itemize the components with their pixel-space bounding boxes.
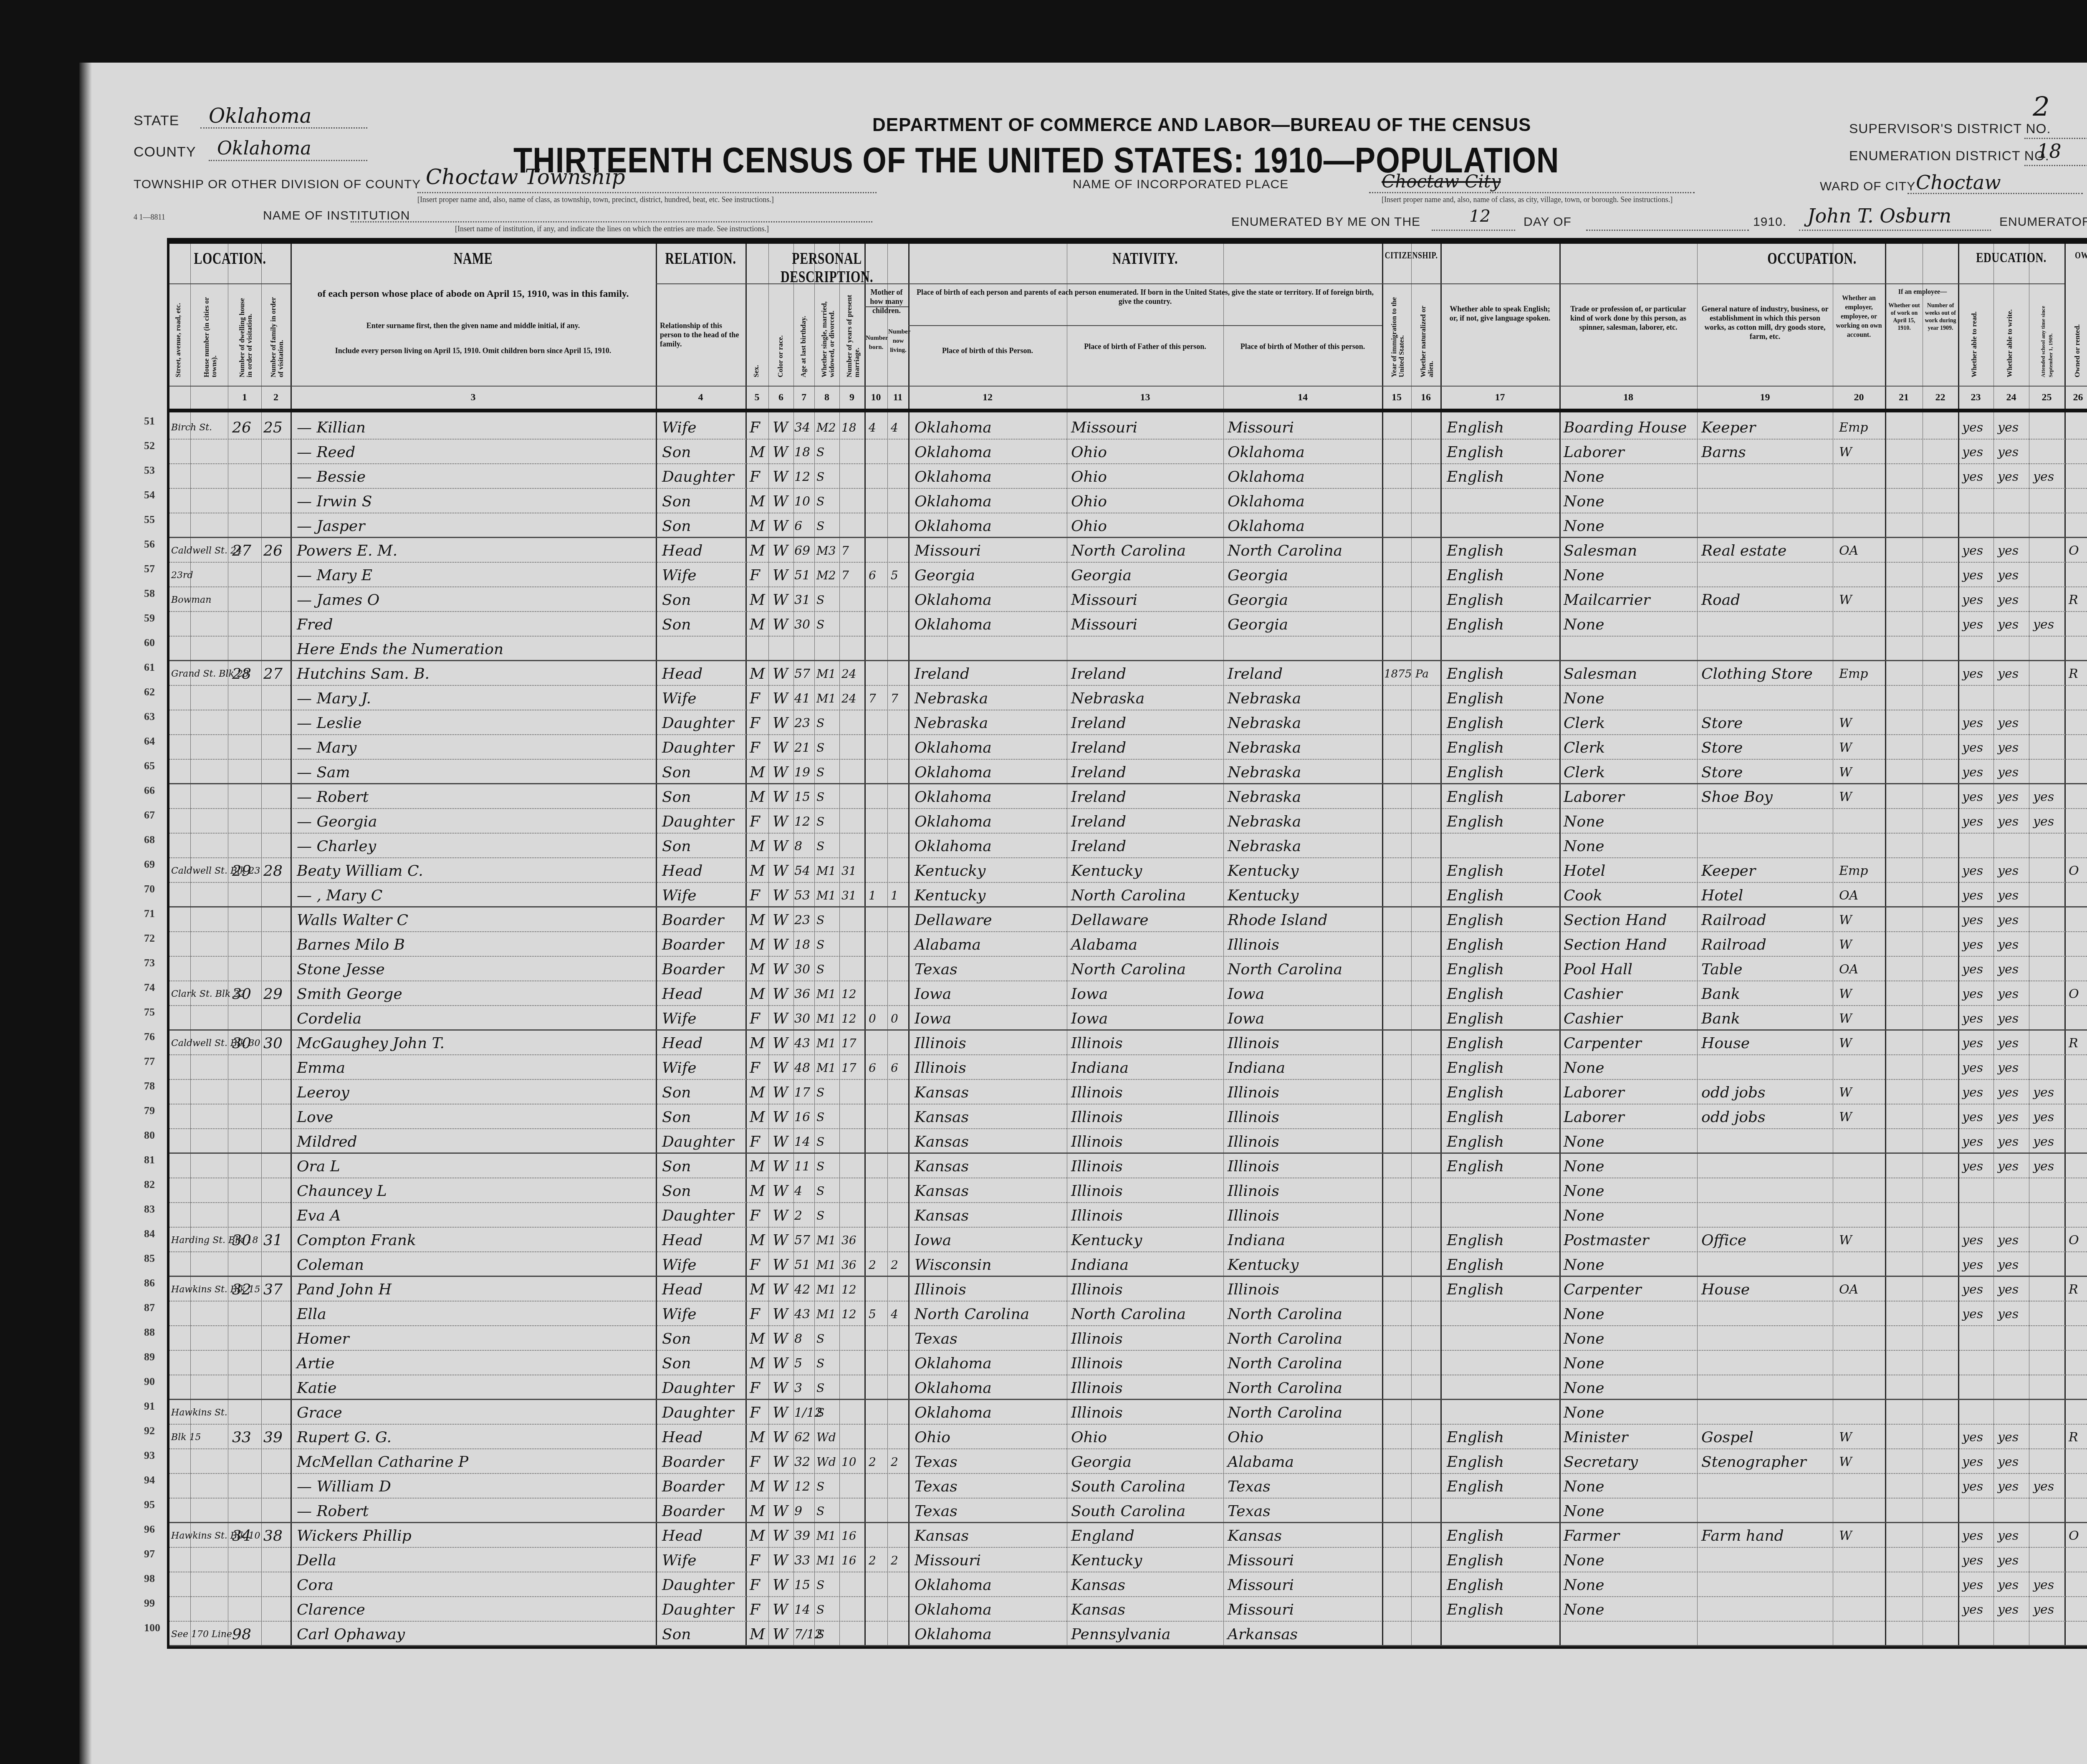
table-row: Harding St. Blk 183031Compton FrankHeadM… — [169, 1228, 2087, 1252]
cell-write: yes — [1998, 1082, 2019, 1103]
line-number-left: 79 — [144, 1104, 155, 1117]
cell-mother: Kentucky — [1228, 885, 1299, 906]
cell-marital: S — [816, 1107, 824, 1128]
cell-age: 33 — [794, 1550, 810, 1571]
cell-relation: Boarder — [662, 1476, 724, 1497]
line-number-left: 53 — [144, 464, 155, 477]
cell-marital: S — [816, 935, 824, 955]
cell-street: Birch St. — [171, 417, 212, 438]
cell-father: Alabama — [1071, 935, 1137, 955]
cell-name: Powers E. M. — [297, 541, 397, 561]
cell-name: Hutchins Sam. B. — [297, 664, 430, 685]
cell-father: South Carolina — [1071, 1476, 1185, 1497]
cell-lang: English — [1447, 885, 1504, 906]
cell-mother: Georgia — [1228, 590, 1288, 611]
cell-birth: Missouri — [915, 1550, 981, 1571]
cell-family: 37 — [263, 1279, 283, 1300]
cell-sex: M — [750, 1353, 765, 1374]
cell-living: 0 — [891, 1008, 898, 1029]
cell-school: yes — [2033, 787, 2054, 808]
cell-marital: M1 — [816, 1008, 836, 1029]
cell-color: W — [773, 1205, 788, 1226]
cell-color: W — [773, 1230, 788, 1251]
cell-years: 16 — [841, 1550, 857, 1571]
cell-name: Beaty William C. — [297, 861, 423, 882]
cell-father: Kentucky — [1071, 1230, 1142, 1251]
cell-age: 19 — [794, 762, 810, 783]
cell-lang: English — [1447, 1427, 1504, 1448]
cell-name: — Sam — [297, 762, 350, 783]
cell-name: Here Ends the Numeration — [297, 639, 503, 660]
cell-marital: M1 — [816, 1526, 836, 1547]
cell-lang: English — [1447, 1033, 1504, 1054]
supervisor-label: Supervisor's District No. — [1849, 121, 2051, 136]
cell-born: 7 — [869, 688, 876, 709]
cell-father: Illinois — [1071, 1132, 1123, 1152]
cell-relation: Son — [662, 442, 691, 463]
cell-trade: Section Hand — [1564, 935, 1667, 955]
cell-trade: None — [1564, 1550, 1604, 1571]
cell-color: W — [773, 935, 788, 955]
cell-dwelling: 27 — [232, 541, 251, 561]
cell-name: Mildred — [297, 1132, 357, 1152]
institution-label: Name of institution — [263, 209, 410, 223]
cell-born: 5 — [869, 1304, 876, 1325]
cell-age: 18 — [794, 442, 810, 463]
cell-marital: M1 — [816, 1304, 836, 1325]
cell-name: Della — [297, 1550, 336, 1571]
cell-born: 4 — [869, 417, 876, 438]
cell-trade: None — [1564, 1329, 1604, 1350]
cell-school: yes — [2033, 811, 2054, 832]
cell-age: 18 — [794, 935, 810, 955]
table-row: FredSonMW30SOklahomaMissouriGeorgiaEngli… — [169, 612, 2087, 637]
cell-name: Eva A — [297, 1205, 341, 1226]
cell-color: W — [773, 1058, 788, 1079]
col-number: 22 — [1923, 392, 1958, 403]
cell-birth: Kansas — [915, 1181, 969, 1202]
cell-color: W — [773, 516, 788, 537]
table-row: KatieDaughterFW3SOklahomaIllinoisNorth C… — [169, 1375, 2087, 1400]
cell-sex: F — [750, 417, 760, 438]
cell-lang: English — [1447, 713, 1504, 734]
cell-birth: Ohio — [915, 1427, 950, 1448]
cell-lang: English — [1447, 1255, 1504, 1276]
cell-birth: Kansas — [915, 1156, 969, 1177]
cell-lang: English — [1447, 1082, 1504, 1103]
cell-color: W — [773, 1353, 788, 1374]
cell-write: yes — [1998, 1156, 2019, 1177]
cell-name: McMellan Catharine P — [297, 1452, 468, 1473]
table-row: — GeorgiaDaughterFW12SOklahomaIrelandNeb… — [169, 809, 2087, 834]
cell-born: 0 — [869, 1008, 876, 1029]
cell-mother: Iowa — [1228, 1008, 1264, 1029]
cell-father: Ohio — [1071, 491, 1107, 512]
cell-relation: Head — [662, 984, 702, 1005]
line-number-left: 51 — [144, 415, 155, 427]
cell-father: Ohio — [1071, 516, 1107, 537]
cell-sex: F — [750, 1058, 760, 1079]
col-number: 18 — [1559, 392, 1697, 403]
cell-age: 12 — [794, 1476, 810, 1497]
table-row: Grand St. Blk 232827Hutchins Sam. B.Head… — [169, 661, 2087, 686]
cell-family: 38 — [263, 1526, 283, 1547]
cell-living: 7 — [891, 688, 898, 709]
col-desc-sex: Sex. — [753, 336, 760, 377]
cell-name: — Jasper — [297, 516, 365, 537]
cell-write: yes — [1998, 614, 2019, 635]
cell-father: Kansas — [1071, 1600, 1125, 1620]
cell-trade: Laborer — [1564, 1082, 1625, 1103]
cell-relation: Son — [662, 1107, 691, 1128]
col-desc-read: Whether able to read. — [1971, 290, 1978, 377]
cell-industry: Gospel — [1701, 1427, 1753, 1448]
cell-birth: Kansas — [915, 1082, 969, 1103]
cell-relation: Son — [662, 590, 691, 611]
enumerated-day: 12 — [1469, 207, 1491, 226]
cell-father: England — [1071, 1526, 1134, 1547]
cell-mother: Alabama — [1228, 1452, 1294, 1473]
cell-read: yes — [1962, 417, 1983, 438]
cell-trade: Postmaster — [1564, 1230, 1649, 1251]
col-number: 8 — [814, 392, 839, 403]
cell-birth: Texas — [915, 1476, 958, 1497]
cell-school: yes — [2033, 614, 2054, 635]
cell-color: W — [773, 1255, 788, 1276]
cell-trade: Carpenter — [1564, 1279, 1642, 1300]
table-row: DellaWifeFW33M11622MissouriKentuckyMisso… — [169, 1548, 2087, 1572]
month-underline — [1586, 230, 1749, 231]
cell-write: yes — [1998, 664, 2019, 685]
table-row: 23rd— Mary EWifeFW51M2765GeorgiaGeorgiaG… — [169, 563, 2087, 587]
cell-industry: Farm hand — [1701, 1526, 1784, 1547]
cell-mother: Arkansas — [1228, 1624, 1298, 1645]
col-desc-marital: Whether single, married, widowed, or div… — [821, 290, 836, 377]
cell-mother: Georgia — [1228, 565, 1288, 586]
cell-mother: Illinois — [1228, 1033, 1279, 1054]
cell-age: 16 — [794, 1107, 810, 1128]
cell-father: Nebraska — [1071, 688, 1145, 709]
group-education: EDUCATION. — [1958, 250, 2064, 266]
cell-read: yes — [1962, 1058, 1983, 1079]
cell-read: yes — [1962, 713, 1983, 734]
cell-name: — Mary E — [297, 565, 372, 586]
cell-own: O — [2069, 984, 2079, 1005]
cell-birth: Iowa — [915, 1230, 951, 1251]
table-row: CordeliaWifeFW30M11200IowaIowaIowaEnglis… — [169, 1006, 2087, 1031]
cell-born: 2 — [869, 1550, 876, 1571]
cell-years: 18 — [841, 417, 857, 438]
cell-years: 7 — [841, 541, 849, 561]
line-number-left: 55 — [144, 513, 155, 526]
cell-sex: F — [750, 1452, 760, 1473]
cell-birth: Ireland — [915, 664, 970, 685]
cell-relation: Son — [662, 762, 691, 783]
cell-read: yes — [1962, 787, 1983, 808]
cell-relation: Daughter — [662, 1575, 734, 1596]
cell-color: W — [773, 1329, 788, 1350]
cell-relation: Daughter — [662, 738, 734, 758]
col-number: 25 — [2029, 392, 2064, 403]
cell-lang: English — [1447, 1279, 1504, 1300]
cell-dwelling: 98 — [232, 1624, 251, 1645]
table-row: — Mary J.WifeFW41M12477NebraskaNebraskaN… — [169, 686, 2087, 710]
cell-name: — Leslie — [297, 713, 361, 734]
cell-lang: English — [1447, 565, 1504, 586]
cell-industry: Railroad — [1701, 910, 1766, 931]
cell-marital: M2 — [816, 417, 836, 438]
col-desc-family: Number of family in order of visitation. — [270, 294, 285, 377]
cell-relation: Head — [662, 541, 702, 561]
cell-industry: Keeper — [1701, 861, 1756, 882]
cell-birth: Oklahoma — [915, 1403, 992, 1423]
enumeration-value: 18 — [2037, 140, 2062, 162]
cell-color: W — [773, 885, 788, 906]
cell-name: Artie — [297, 1353, 335, 1374]
cell-trade: Farmer — [1564, 1526, 1620, 1547]
cell-marital: M3 — [816, 541, 836, 561]
cell-age: 41 — [794, 688, 810, 709]
col-number: 1 — [228, 392, 261, 403]
col-desc-relation: Relationship of this person to the head … — [660, 321, 741, 349]
cell-father: Illinois — [1071, 1378, 1123, 1399]
line-number-left: 76 — [144, 1031, 155, 1043]
cell-marital: M1 — [816, 664, 836, 685]
line-number-left: 68 — [144, 834, 155, 846]
cell-sex: F — [750, 1403, 760, 1423]
cell-read: yes — [1962, 1600, 1983, 1620]
cell-sex: M — [750, 491, 765, 512]
cell-write: yes — [1998, 590, 2019, 611]
cell-industry: Bank — [1701, 984, 1740, 1005]
cell-birth: Oklahoma — [915, 442, 992, 463]
table-row: — Irwin SSonMW10SOklahomaOhioOklahomaNon… — [169, 489, 2087, 513]
col-number: 11 — [887, 392, 908, 403]
cell-color: W — [773, 417, 788, 438]
cell-birth: Nebraska — [915, 713, 988, 734]
cell-age: 4 — [794, 1181, 802, 1202]
census-table: LOCATION. NAME RELATION. PERSONAL DESCRI… — [167, 238, 2087, 1649]
col-desc-name-1: of each person whose place of abode on A… — [297, 288, 649, 300]
cell-trade: None — [1564, 565, 1604, 586]
cell-dwelling: 33 — [232, 1427, 251, 1448]
cell-sex: F — [750, 811, 760, 832]
cell-years: 17 — [841, 1033, 857, 1054]
cell-relation: Head — [662, 1230, 702, 1251]
cell-father: Iowa — [1071, 984, 1108, 1005]
cell-color: W — [773, 1033, 788, 1054]
col-desc-years-married: Number of years of present marriage. — [846, 290, 861, 377]
cell-years: 12 — [841, 1008, 857, 1029]
cell-sex: F — [750, 467, 760, 488]
cell-emp: Emp — [1839, 417, 1868, 438]
cell-age: 32 — [794, 1452, 810, 1473]
table-row: HomerSonMW8STexasIllinoisNorth CarolinaN… — [169, 1326, 2087, 1351]
cell-dwelling: 34 — [232, 1526, 251, 1547]
cell-family: 29 — [263, 984, 283, 1005]
cell-birth: Oklahoma — [915, 1353, 992, 1374]
cell-age: 57 — [794, 664, 810, 685]
cell-name: Leeroy — [297, 1082, 349, 1103]
cell-marital: S — [816, 713, 824, 734]
cell-marital: S — [816, 1624, 824, 1645]
cell-mother: Illinois — [1228, 1156, 1279, 1177]
group-ownership: OWNERSHIP OF HOME. — [2064, 250, 2087, 261]
cell-age: 17 — [794, 1082, 810, 1103]
col-desc-if-employee: If an employee— — [1887, 288, 1958, 297]
table-row: Hawkins St. Blk 153237Pand John HHeadMW4… — [169, 1277, 2087, 1302]
cell-sex: M — [750, 1624, 765, 1645]
cell-street: 23rd — [171, 565, 193, 586]
cell-mother: Illinois — [1228, 1205, 1279, 1226]
cell-father: Illinois — [1071, 1033, 1123, 1054]
incorporated-label: Name of incorporated place — [1073, 177, 1289, 192]
cell-marital: S — [816, 1205, 824, 1226]
cell-sex: F — [750, 1575, 760, 1596]
cell-sex: M — [750, 1181, 765, 1202]
table-row: ArtieSonMW5SOklahomaIllinoisNorth Caroli… — [169, 1351, 2087, 1375]
col-desc-dwelling: Number of dwelling house in order of vis… — [238, 294, 253, 377]
cell-street: See 170 Line — [171, 1624, 232, 1645]
cell-trade: Hotel — [1564, 861, 1605, 882]
cell-read: yes — [1962, 762, 1983, 783]
header-divider — [169, 409, 2087, 412]
county-underline — [209, 160, 367, 161]
cell-industry: Road — [1701, 590, 1740, 611]
cell-lang: English — [1447, 590, 1504, 611]
cell-years: 17 — [841, 1058, 857, 1079]
cell-birth: Nebraska — [915, 688, 988, 709]
table-row: — RobertBoarderMW9STexasSouth CarolinaTe… — [169, 1499, 2087, 1523]
cell-age: 8 — [794, 1329, 802, 1350]
cell-sex: M — [750, 910, 765, 931]
cell-name: — Killian — [297, 417, 366, 438]
cell-mother: Texas — [1228, 1501, 1271, 1522]
cell-industry: Store — [1701, 738, 1743, 758]
ward-label: Ward of City — [1820, 179, 1915, 194]
cell-trade: Section Hand — [1564, 910, 1667, 931]
cell-lang: English — [1447, 442, 1504, 463]
table-row: — JasperSonMW6SOklahomaOhioOklahomaNone — [169, 513, 2087, 538]
line-number-left: 89 — [144, 1351, 155, 1363]
table-row: — MaryDaughterFW21SOklahomaIrelandNebras… — [169, 735, 2087, 760]
cell-color: W — [773, 713, 788, 734]
cell-school: yes — [2033, 1476, 2054, 1497]
cell-birth: Kentucky — [915, 861, 985, 882]
cell-father: Ireland — [1071, 811, 1126, 832]
cell-industry: Table — [1701, 959, 1743, 980]
cell-relation: Son — [662, 1353, 691, 1374]
group-personal: PERSONAL DESCRIPTION. — [745, 250, 908, 286]
cell-relation: Head — [662, 1526, 702, 1547]
cell-family: 39 — [263, 1427, 283, 1448]
cell-father: Illinois — [1071, 1181, 1123, 1202]
cell-write: yes — [1998, 1452, 2019, 1473]
cell-sex: F — [750, 1132, 760, 1152]
table-row: Barnes Milo BBoarderMW18SAlabamaAlabamaI… — [169, 932, 2087, 957]
cell-marital: S — [816, 491, 824, 512]
cell-birth: Kansas — [915, 1107, 969, 1128]
cell-father: Indiana — [1071, 1255, 1129, 1276]
col-desc-street: Street, avenue, road, etc. — [174, 294, 182, 377]
cell-father: Ireland — [1071, 762, 1126, 783]
cell-birth: Oklahoma — [915, 491, 992, 512]
cell-years: 12 — [841, 1304, 857, 1325]
cell-color: W — [773, 541, 788, 561]
line-number-left: 97 — [144, 1548, 155, 1560]
cell-own: O — [2069, 1230, 2079, 1251]
cell-lang: English — [1447, 787, 1504, 808]
cell-sex: F — [750, 1550, 760, 1571]
cell-age: 54 — [794, 861, 810, 882]
cell-trade: None — [1564, 836, 1604, 857]
line-number-left: 52 — [144, 440, 155, 452]
cell-sex: F — [750, 1255, 760, 1276]
cell-relation: Wife — [662, 688, 697, 709]
cell-mother: Iowa — [1228, 984, 1264, 1005]
cell-sex: M — [750, 861, 765, 882]
cell-name: Ella — [297, 1304, 326, 1325]
cell-trade: Secretary — [1564, 1452, 1638, 1473]
cell-write: yes — [1998, 1132, 2019, 1152]
cell-sex: M — [750, 984, 765, 1005]
cell-trade: Cashier — [1564, 984, 1622, 1005]
cell-father: Ireland — [1071, 787, 1126, 808]
cell-write: yes — [1998, 467, 2019, 488]
cell-marital: M1 — [816, 1550, 836, 1571]
table-row: LeeroySonMW17SKansasIllinoisIllinoisEngl… — [169, 1080, 2087, 1104]
col-number: 9 — [839, 392, 864, 403]
cell-marital: Wd — [816, 1452, 836, 1473]
cell-living: 2 — [891, 1255, 898, 1276]
cell-lang: English — [1447, 1008, 1504, 1029]
cell-birth: Illinois — [915, 1058, 966, 1079]
cell-mother: Oklahoma — [1228, 442, 1305, 463]
cell-age: 62 — [794, 1427, 810, 1448]
cell-birth: Georgia — [915, 565, 975, 586]
table-row: EllaWifeFW43M11254North CarolinaNorth Ca… — [169, 1302, 2087, 1326]
cell-color: W — [773, 762, 788, 783]
line-number-left: 100 — [144, 1622, 160, 1634]
line-number-left: 72 — [144, 932, 155, 945]
incorporated-underline — [1369, 192, 1695, 193]
cell-father: Illinois — [1071, 1403, 1123, 1423]
cell-sex: M — [750, 1427, 765, 1448]
cell-trade: None — [1564, 1575, 1604, 1596]
line-number-left: 61 — [144, 661, 155, 674]
cell-industry: odd jobs — [1701, 1082, 1766, 1103]
cell-industry: odd jobs — [1701, 1107, 1766, 1128]
cell-age: 43 — [794, 1033, 810, 1054]
cell-emp: W — [1839, 738, 1852, 758]
cell-name: McGaughey John T. — [297, 1033, 445, 1054]
col-number: 2 — [261, 392, 291, 403]
cell-relation: Daughter — [662, 811, 734, 832]
col-desc-name-2: Enter surname first, then the given name… — [297, 321, 649, 330]
table-row: Stone JesseBoarderMW30STexasNorth Caroli… — [169, 957, 2087, 981]
cell-living: 2 — [891, 1550, 898, 1571]
cell-dwelling: 29 — [232, 861, 251, 882]
paper-edge-shadow — [79, 63, 92, 1764]
cell-read: yes — [1962, 1107, 1983, 1128]
cell-industry: Shoe Boy — [1701, 787, 1773, 808]
cell-mother: North Carolina — [1228, 1329, 1342, 1350]
cell-father: North Carolina — [1071, 959, 1186, 980]
cell-trade: Cook — [1564, 885, 1602, 906]
cell-lang: English — [1447, 935, 1504, 955]
cell-color: W — [773, 467, 788, 488]
col-number: 14 — [1223, 392, 1382, 403]
